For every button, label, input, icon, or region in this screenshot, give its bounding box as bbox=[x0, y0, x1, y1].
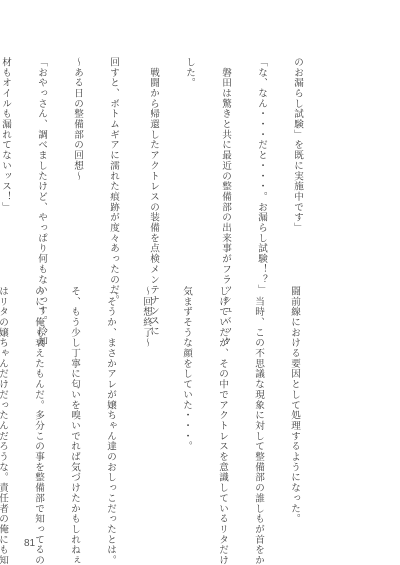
page-number: 81 bbox=[24, 538, 35, 549]
text-line: 「そうか、まさかアレが嬢ちゃん達のおしっこだったとは。く bbox=[104, 286, 116, 501]
text-line: 戦闘から帰還したアクトレスの装備を点検メンテナンスに bbox=[147, 57, 159, 272]
text-line: しげていたが、その中でアクトレスを意識しているリタだけは bbox=[216, 286, 228, 501]
text-line: 「な、なん・・・だと・・・。お漏らし試験！？」 bbox=[255, 57, 267, 272]
text-line: 回すと、ボトムギアに濡れた痕跡が度々あったのだ。 bbox=[107, 57, 119, 272]
text-line: はリタの嬢ちゃんだけだったんだろうな。責任者の俺にも知ら bbox=[0, 286, 8, 501]
text-line: 材もオイルも漏れてないッス！」 bbox=[0, 57, 11, 272]
text-block-bottom: 闘前線における要因として処理するようになった。 当時、この不思議な現象に対して整… bbox=[0, 286, 324, 501]
text-line: 磐田は驚きと共に最近の整備部の出来事がフラッシュバック bbox=[219, 57, 231, 272]
text-line: そ、もう少し丁寧に匂いを嗅いでれば気づけたかもしれねぇ bbox=[68, 286, 80, 501]
text-line: のに。俺も衰えたもんだ。多分この事を整備部で知ってるの bbox=[32, 286, 44, 501]
text-line: した。 bbox=[183, 57, 195, 272]
text-line: 闘前線における要因として処理するようになった。 bbox=[288, 286, 300, 501]
text-block-top: のお漏らし試験」を既に実施中です」 「な、なん・・・だと・・・。お漏らし試験！？… bbox=[0, 57, 327, 272]
text-line: 「おやっさん、調べましたけど、やっぱり何もないっす。冷却 bbox=[35, 57, 47, 272]
scene-heading: ～回想終了～ bbox=[140, 286, 152, 501]
text-line: のお漏らし試験」を既に実施中です」 bbox=[291, 57, 303, 272]
scene-heading: ～ある日の整備部の回想～ bbox=[71, 57, 83, 272]
book-page: のお漏らし試験」を既に実施中です」 「な、なん・・・だと・・・。お漏らし試験！？… bbox=[0, 0, 400, 565]
text-line: 気まずそうな顔をしていた・・・。 bbox=[180, 286, 192, 501]
text-line: 当時、この不思議な現象に対して整備部の誰しもが首をか bbox=[252, 286, 264, 501]
